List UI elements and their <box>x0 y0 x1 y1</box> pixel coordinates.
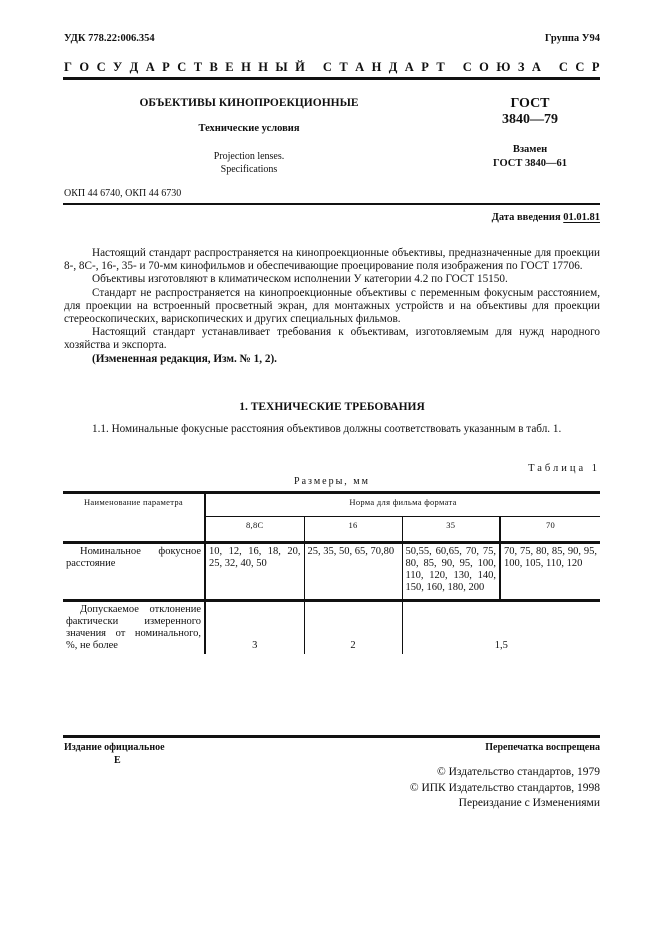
replaces-gost: ГОСТ 3840—61 <box>460 157 600 171</box>
amendment-note: (Измененная редакция, Изм. № 1, 2). <box>64 353 600 366</box>
banner-letter: Р <box>162 60 170 75</box>
banner-letter: О <box>79 60 89 75</box>
banner-letter: Е <box>225 60 233 75</box>
copyright-block: © Издательство стандартов, 1979 © ИПК Из… <box>410 765 600 812</box>
clause-1-1: 1.1. Номинальные фокусные расстояния объ… <box>64 423 600 436</box>
gost-designation: ГОСТ 3840—79 <box>460 96 600 128</box>
banner-letter: С <box>463 60 472 75</box>
banner-letter: Т <box>436 60 444 75</box>
banner-letter: Р <box>592 60 600 75</box>
header-rule <box>63 77 600 80</box>
header-format-35: 35 <box>402 517 500 543</box>
banner-letter: С <box>559 60 568 75</box>
banner-letter: С <box>575 60 584 75</box>
reissue-note: Переиздание с Изменениями <box>410 796 600 812</box>
banner-letter: А <box>355 60 364 75</box>
title-block-rule <box>63 203 600 205</box>
banner-letter: В <box>210 60 218 75</box>
banner-letter <box>548 60 551 75</box>
row-param: Допускаемое отклонение фактически измере… <box>63 601 205 655</box>
copyright-1998: © ИПК Издательство стандартов, 1998 <box>410 781 600 797</box>
document-subtitle: Технические условия <box>64 123 434 134</box>
date-value: 01.01.81 <box>563 212 600 223</box>
intro-text: Настоящий стандарт распространяется на к… <box>64 247 600 366</box>
replaces-label: Взамен <box>460 143 600 157</box>
row-value: 50,55, 60,65, 70, 75, 80, 85, 90, 95, 10… <box>402 543 500 601</box>
banner-letter: Н <box>241 60 251 75</box>
row-value: 25, 35, 50, 65, 70,80 <box>304 543 402 601</box>
reprint-prohibited: Перепечатка воспрещена <box>485 742 600 753</box>
gost-number: 3840—79 <box>460 112 600 128</box>
clause-1-1-text: 1.1. Номинальные фокусные расстояния объ… <box>64 423 600 436</box>
banner-letter: А <box>146 60 155 75</box>
okp-codes: ОКП 44 6740, ОКП 44 6730 <box>64 188 181 199</box>
header-film-format: Норма для фильма формата <box>205 493 600 517</box>
header-format-16: 16 <box>304 517 402 543</box>
banner-letter: Н <box>258 60 268 75</box>
gost-label: ГОСТ <box>460 96 600 112</box>
banner-letter: А <box>532 60 541 75</box>
section-heading: 1. ТЕХНИЧЕСКИЕ ТРЕБОВАНИЯ <box>64 401 600 413</box>
table-label: Таблица 1 <box>528 463 600 474</box>
banner-letter: Д <box>389 60 398 75</box>
footer-rule <box>63 735 600 738</box>
table-units: Размеры, мм <box>64 476 600 487</box>
table-row: Допускаемое отклонение фактически измере… <box>63 601 600 655</box>
row-value: 10, 12, 16, 18, 20, 25, 32, 40, 50 <box>205 543 304 601</box>
official-edition: Издание официальное <box>64 742 165 753</box>
group-code: Группа У94 <box>545 33 600 44</box>
banner-letter: А <box>405 60 414 75</box>
english-title-line2: Specifications <box>64 163 434 176</box>
replaces-block: Взамен ГОСТ 3840—61 <box>460 143 600 171</box>
banner-letter: О <box>479 60 489 75</box>
banner-letter: Ю <box>496 60 510 75</box>
row-param: Номинальное фокусное расстояние <box>63 543 205 601</box>
banner-letter: Ы <box>275 60 287 75</box>
banner-letter: Т <box>194 60 202 75</box>
document-title: ОБЪЕКТИВЫ КИНОПРОЕКЦИОННЫЕ <box>64 97 434 109</box>
row-value: 2 <box>304 601 402 655</box>
state-standard-banner: ГОСУДАРСТВЕННЫЙ СТАНДАРТ СОЮЗА ССР <box>64 60 600 75</box>
banner-letter: З <box>518 60 525 75</box>
banner-letter: Г <box>64 60 72 75</box>
edition-letter: Е <box>114 755 121 766</box>
intro-paragraph: Настоящий стандарт устанавливает требова… <box>64 326 600 352</box>
date-label: Дата введения <box>492 212 561 223</box>
intro-paragraph: Настоящий стандарт распространяется на к… <box>64 247 600 273</box>
introduction-date: Дата введения 01.01.81 <box>492 212 600 223</box>
header-format-70: 70 <box>500 517 600 543</box>
banner-letter: Т <box>339 60 347 75</box>
header-format-8: 8,8С <box>205 517 304 543</box>
banner-letter: С <box>97 60 106 75</box>
banner-letter: Р <box>421 60 429 75</box>
english-title: Projection lenses. Specifications <box>64 150 434 176</box>
table-row: Номинальное фокусное расстояние 10, 12, … <box>63 543 600 601</box>
banner-letter: С <box>323 60 332 75</box>
banner-letter <box>452 60 455 75</box>
english-title-line1: Projection lenses. <box>64 150 434 163</box>
table-1: Наименование параметра Норма для фильма … <box>63 491 600 654</box>
banner-letter: Н <box>372 60 382 75</box>
row-value: 70, 75, 80, 85, 90, 95, 100, 105, 110, 1… <box>500 543 600 601</box>
header-param-name: Наименование параметра <box>63 493 205 543</box>
copyright-1979: © Издательство стандартов, 1979 <box>410 765 600 781</box>
banner-letter <box>312 60 315 75</box>
intro-paragraph: Объективы изготовляют в климатическом ис… <box>64 273 600 286</box>
row-value: 3 <box>205 601 304 655</box>
intro-paragraph: Стандарт не распространяется на кинопрое… <box>64 287 600 327</box>
banner-letter: Д <box>130 60 139 75</box>
banner-letter: У <box>113 60 122 75</box>
banner-letter: Й <box>295 60 305 75</box>
banner-letter: С <box>177 60 186 75</box>
udk-code: УДК 778.22:006.354 <box>64 33 155 44</box>
row-value: 1,5 <box>402 601 600 655</box>
